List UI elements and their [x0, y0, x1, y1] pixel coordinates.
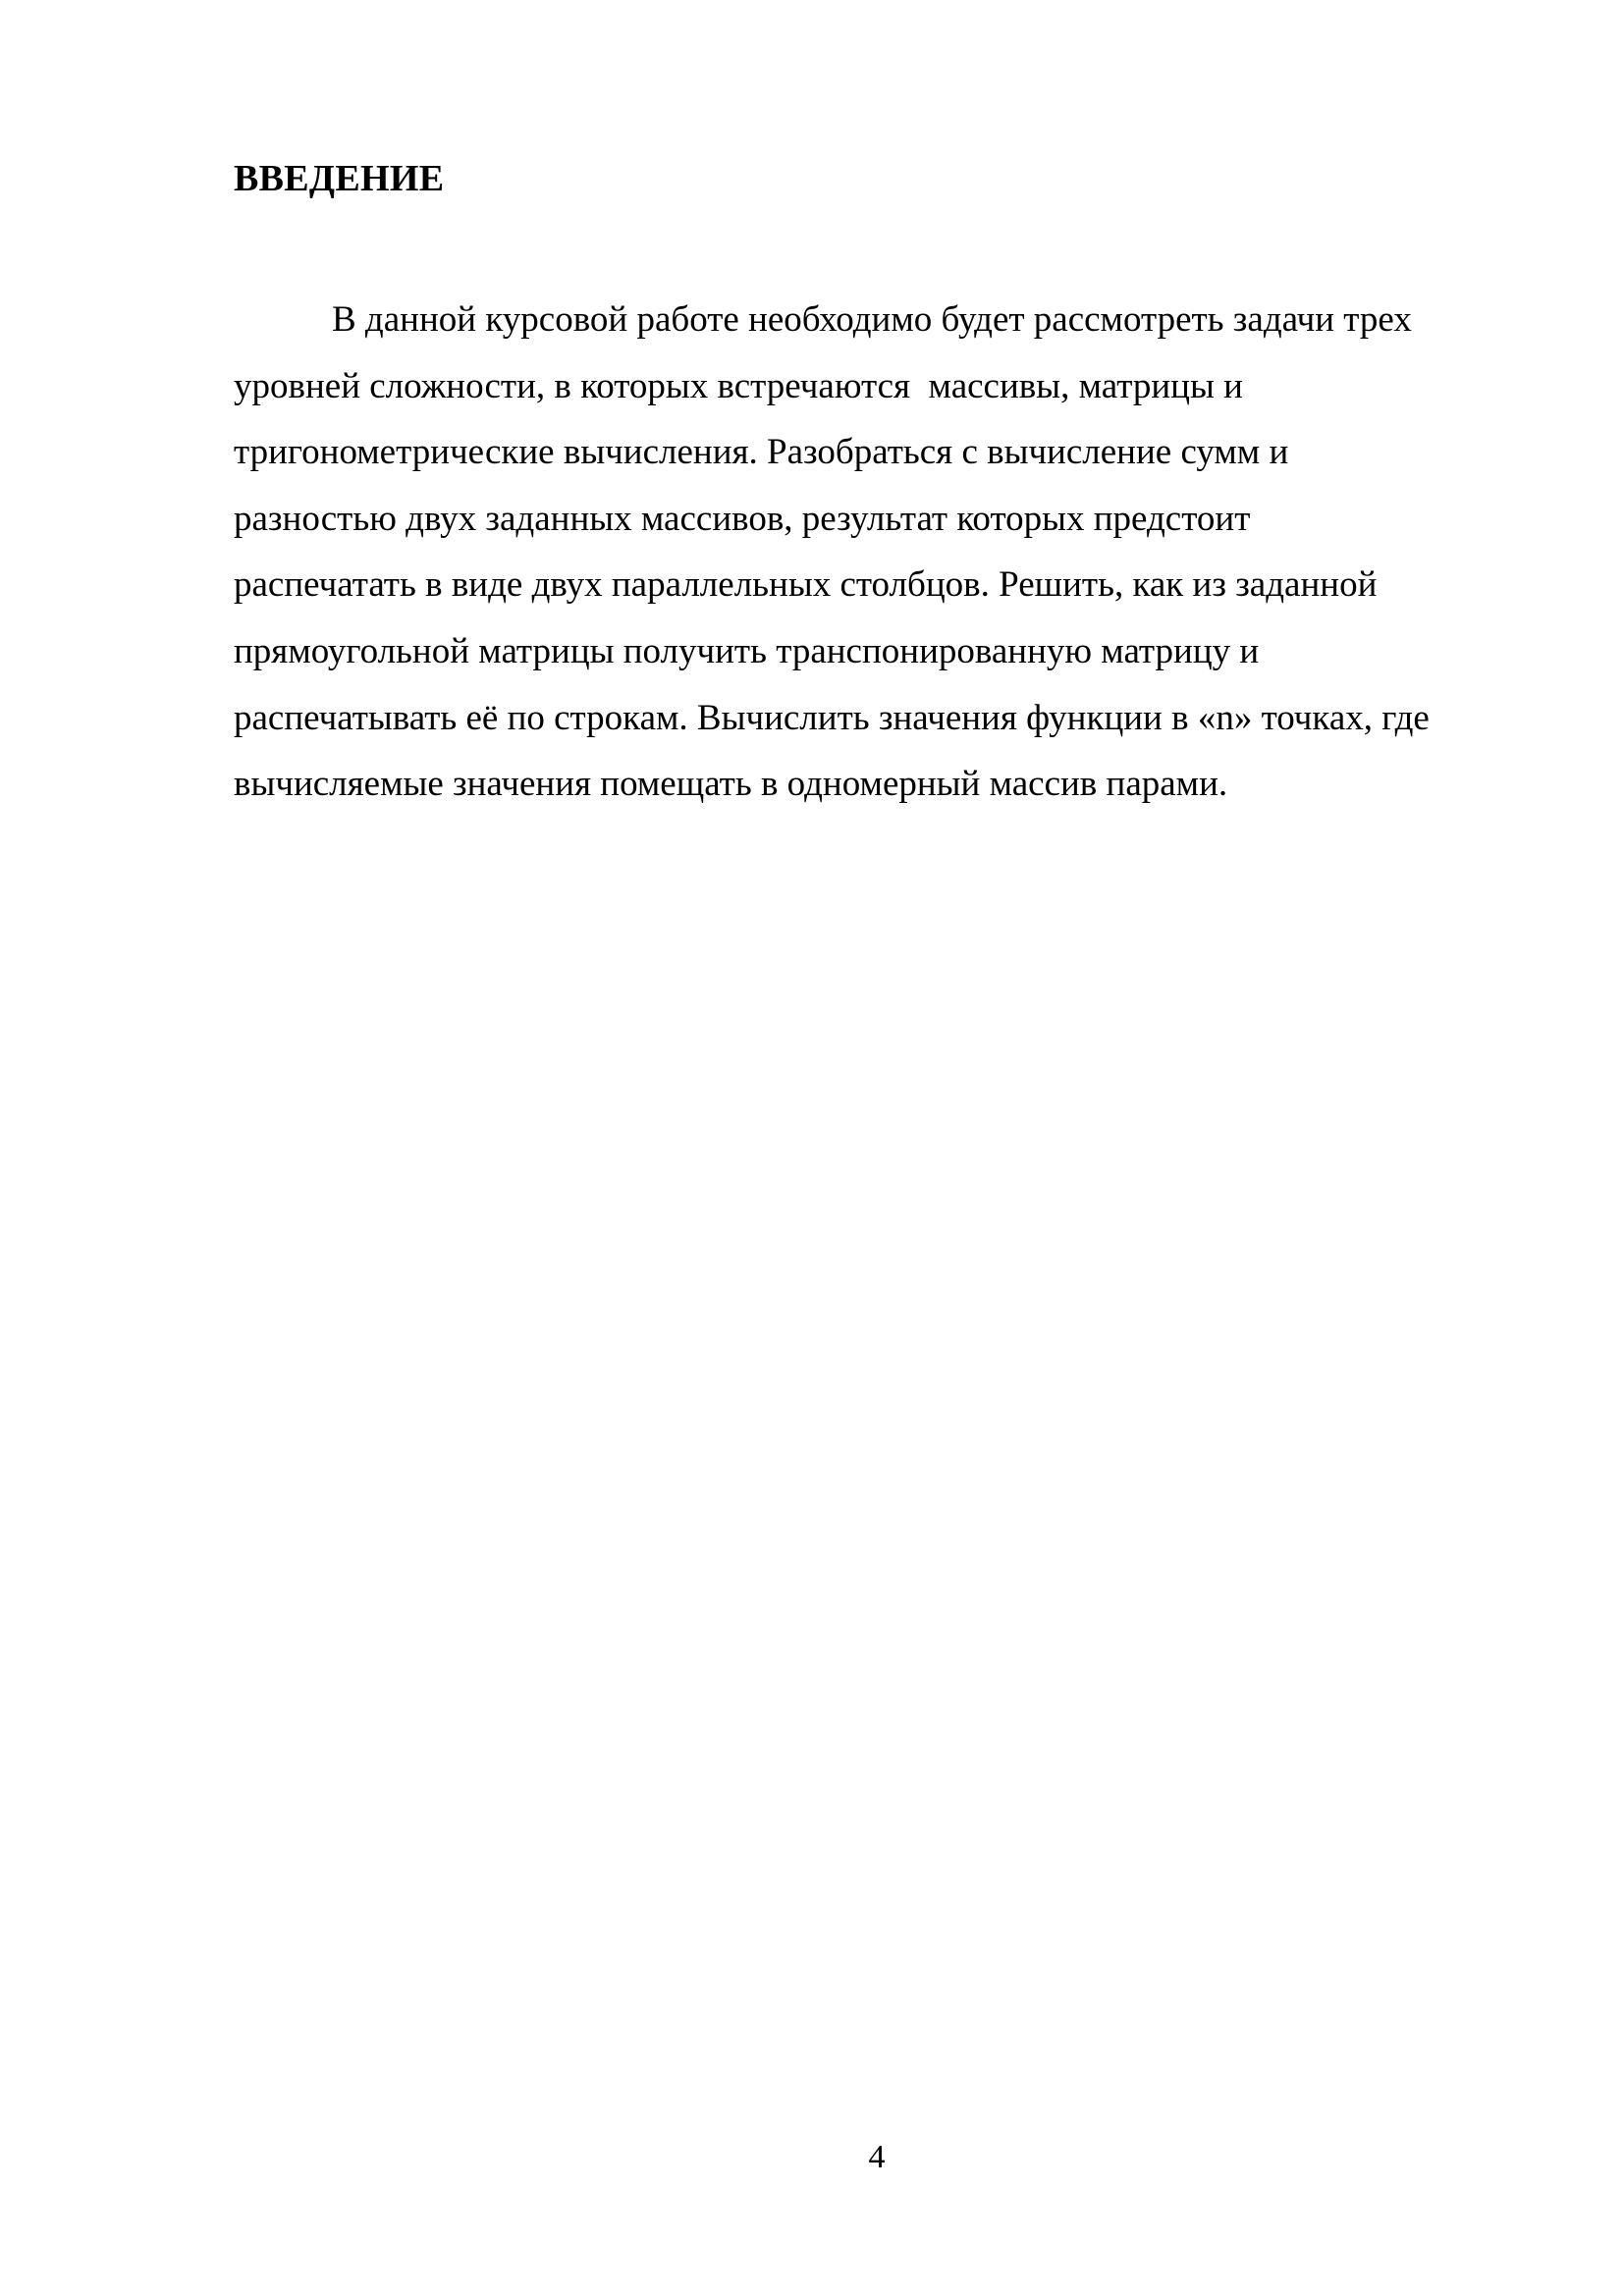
paragraph-line: распечатать в виде двух параллельных сто… — [234, 552, 1510, 618]
section-heading: ВВЕДЕНИЕ — [234, 155, 444, 202]
document-page: ВВЕДЕНИЕ В данной курсовой работе необхо… — [0, 0, 1624, 2296]
paragraph-line: вычисляемые значения помещать в одномерн… — [234, 751, 1510, 818]
paragraph-line: уровней сложности, в которых встречаются… — [234, 353, 1510, 420]
paragraph-line: прямоугольной матрицы получить транспони… — [234, 618, 1510, 685]
paragraph-line: разностью двух заданных массивов, резуль… — [234, 486, 1510, 553]
paragraph-line: распечатывать её по строкам. Вычислить з… — [234, 685, 1510, 752]
page-number: 4 — [0, 2138, 1624, 2177]
paragraph-line: тригонометрические вычисления. Разобрать… — [234, 419, 1510, 486]
introduction-paragraph: В данной курсовой работе необходимо буде… — [234, 287, 1510, 818]
paragraph-line: В данной курсовой работе необходимо буде… — [234, 287, 1510, 353]
